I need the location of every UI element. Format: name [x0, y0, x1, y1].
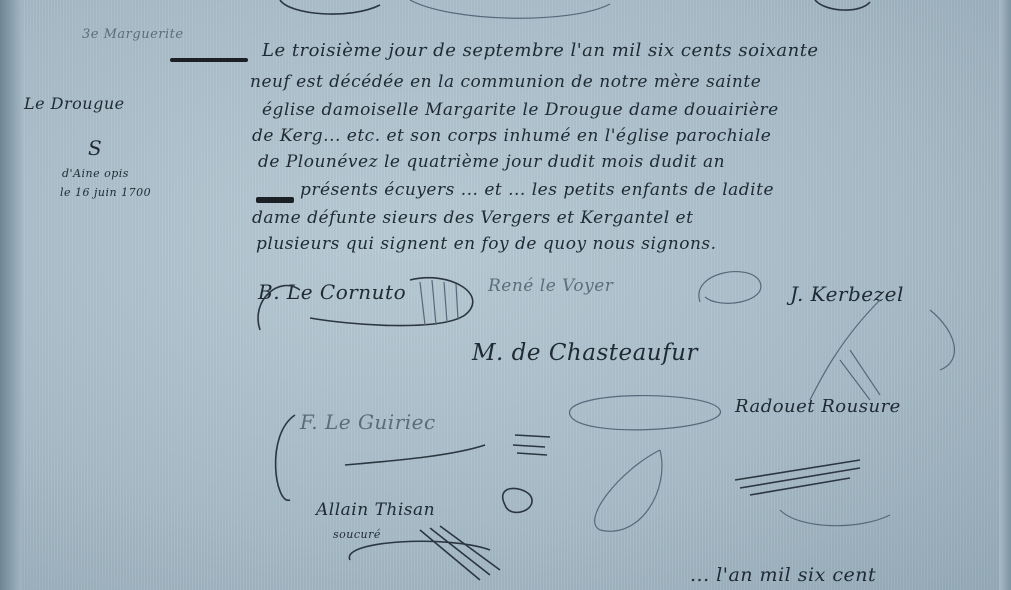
signature-2-paraph [690, 262, 770, 312]
signature-6-paraph [560, 390, 960, 550]
next-entry-partial-line: ... l'an mil six cent [690, 564, 876, 586]
margin-name: Le Drougue [24, 94, 125, 113]
signature-7-paraph [330, 520, 530, 590]
entry-line-5: de Plounévez le quatrième jour dudit moi… [258, 152, 725, 172]
manuscript-page: 3e Marguerite Le Drougue S d'Aine opis l… [0, 0, 1011, 590]
margin-underline [170, 58, 248, 62]
entry-line-3: église damoiselle Margarite le Drougue d… [262, 100, 779, 120]
entry-line-8: plusieurs qui signent en foy de quoy nou… [256, 234, 717, 254]
entry-line-6: présents écuyers ... et ... les petits e… [300, 180, 774, 200]
entry-line-7: dame défunte sieurs des Vergers et Kerga… [252, 208, 693, 228]
top-flourish-remnant [270, 0, 870, 30]
signature-7: Allain Thisan [316, 500, 435, 520]
signature-2: René le Voyer [488, 276, 613, 296]
signature-4: M. de Chasteaufur [472, 340, 698, 366]
margin-mark: S [88, 136, 102, 160]
page-right-edge [999, 0, 1011, 590]
margin-annotation-1: d'Aine opis [62, 167, 129, 180]
signature-1-paraph [250, 270, 490, 340]
margin-top-note: 3e Marguerite [82, 27, 184, 42]
entry-line-4: de Kerg... etc. et son corps inhumé en l… [252, 126, 771, 146]
entry-line-2: neuf est décédée en la communion de notr… [250, 72, 761, 92]
ink-blot [256, 197, 294, 203]
margin-annotation-2: le 16 juin 1700 [60, 186, 151, 199]
page-binding-edge [0, 0, 22, 590]
entry-line-1: Le troisième jour de septembre l'an mil … [262, 40, 819, 61]
